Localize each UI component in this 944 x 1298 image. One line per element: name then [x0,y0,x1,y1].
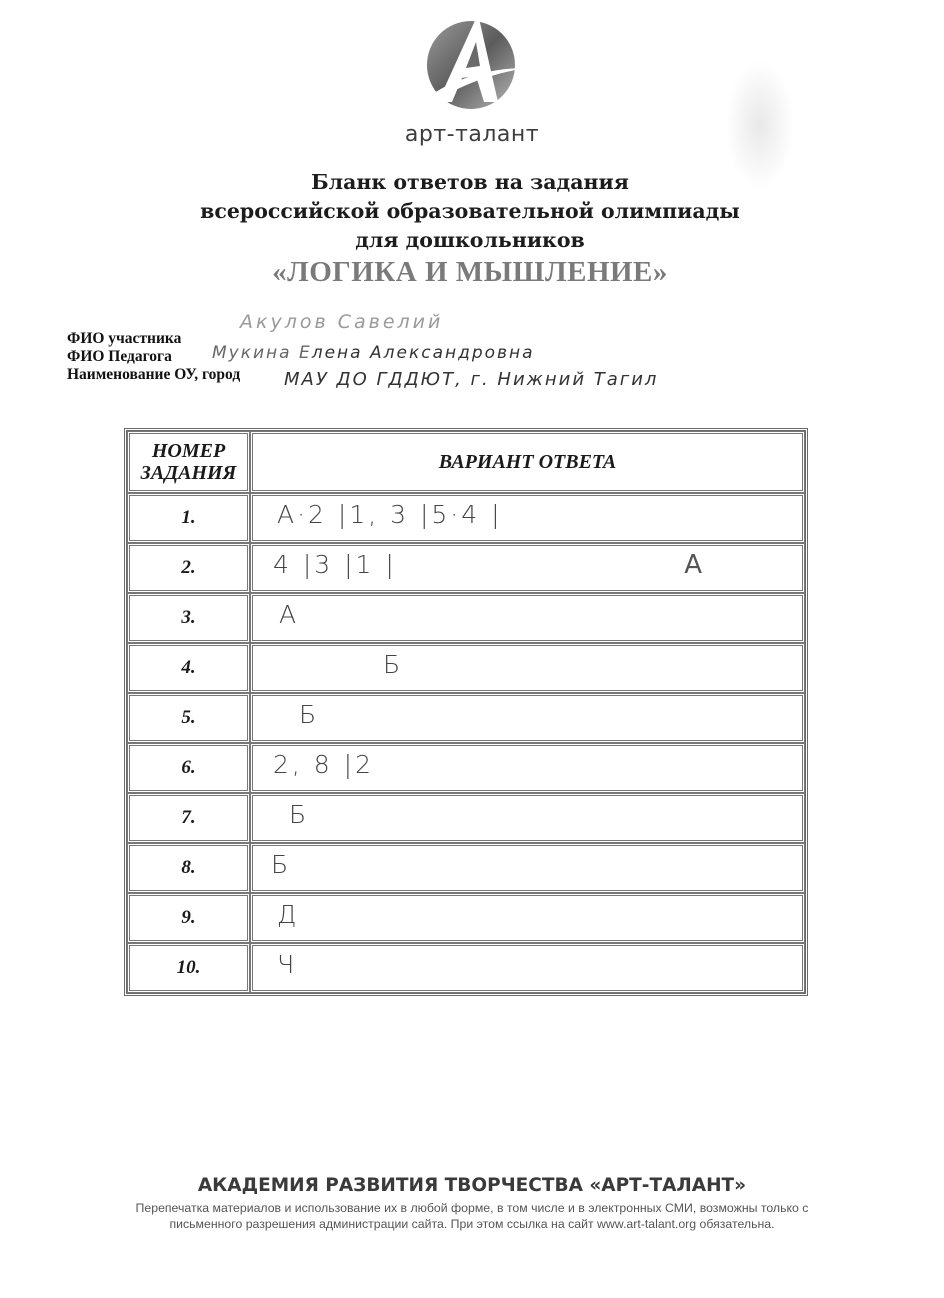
title-line-3: для дошкольников [150,226,790,255]
title-line-1: Бланк ответов на задания [150,168,790,197]
art-talant-logo-icon [418,10,528,115]
table-row: 1.А·2 |1, 3 |5·4 | [127,493,805,543]
task-number: 1. [127,493,250,543]
table-row: 4.Б [127,643,805,693]
table-row: 3.А [127,593,805,643]
title-line-2: всероссийской образовательной олимпиады [150,197,790,226]
org-label: Наименование ОУ, город [67,366,240,384]
answer-extra-text: А [684,550,702,580]
footer-title: АКАДЕМИЯ РАЗВИТИЯ ТВОРЧЕСТВА «АРТ-ТАЛАНТ… [100,1175,844,1196]
answer-text: А [279,600,299,629]
teacher-name-faint: Мукина Е [212,343,312,363]
task-number: 3. [127,593,250,643]
table-header-row: НОМЕР ЗАДАНИЯ ВАРИАНТ ОТВЕТА [127,431,805,493]
table-row: 7.Б [127,793,805,843]
table-row: 8.Б [127,843,805,893]
answers-table: НОМЕР ЗАДАНИЯ ВАРИАНТ ОТВЕТА 1.А·2 |1, 3… [124,428,808,996]
answer-text: Б [271,850,291,879]
org-name-field[interactable]: МАУ ДО ГДДЮТ, г. Нижний Тагил [284,369,658,390]
answer-cell[interactable]: А·2 |1, 3 |5·4 | [250,493,805,543]
answer-text: Б [299,700,319,729]
document-title: Бланк ответов на задания всероссийской о… [150,168,790,290]
answer-text: Б [289,800,309,829]
table-row: 5.Б [127,693,805,743]
footer-note-line2: письменного разрешения администрации сай… [94,1216,850,1232]
logo-text: арт-талант [372,122,572,147]
answer-cell[interactable]: Б [250,843,805,893]
table-row: 6.2, 8 |2 [127,743,805,793]
teacher-name-rest: лена Александровна [312,343,535,363]
table-row: 9.Д [127,893,805,943]
task-number: 7. [127,793,250,843]
answer-text: 2, 8 |2 [273,750,374,779]
footer-note: Перепечатка материалов и использование и… [94,1200,850,1232]
answer-cell[interactable]: Б [250,693,805,743]
column-header-answer: ВАРИАНТ ОТВЕТА [250,431,805,493]
task-number: 2. [127,543,250,593]
answer-cell[interactable]: Д [250,893,805,943]
answer-cell[interactable]: Ч [250,943,805,993]
task-number: 10. [127,943,250,993]
answer-cell[interactable]: Б [250,793,805,843]
answer-cell[interactable]: Б [250,643,805,693]
answer-cell[interactable]: 2, 8 |2 [250,743,805,793]
task-number: 9. [127,893,250,943]
answer-cell[interactable]: А [250,593,805,643]
task-number: 4. [127,643,250,693]
column-header-number: НОМЕР ЗАДАНИЯ [127,431,250,493]
task-number: 6. [127,743,250,793]
answer-text: 4 |3 |1 | [273,550,397,579]
header-number-line2: ЗАДАНИЯ [130,462,247,484]
table-row: 10.Ч [127,943,805,993]
header-number-line1: НОМЕР [130,440,247,462]
task-number: 8. [127,843,250,893]
footer-note-line1: Перепечатка материалов и использование и… [94,1200,850,1216]
answer-text: А·2 |1, 3 |5·4 | [277,500,503,529]
task-number: 5. [127,693,250,743]
answer-cell[interactable]: 4 |3 |1 |А [250,543,805,593]
participant-name-field[interactable]: Акулов Савелий [240,311,443,333]
table-row: 2.4 |3 |1 |А [127,543,805,593]
answer-text: Б [383,650,403,679]
answer-text: Ч [277,950,297,979]
contest-name: «ЛОГИКА И МЫШЛЕНИЕ» [150,254,790,290]
teacher-name-field[interactable]: Мукина Елена Александровна [212,343,535,363]
answer-text: Д [277,900,299,929]
